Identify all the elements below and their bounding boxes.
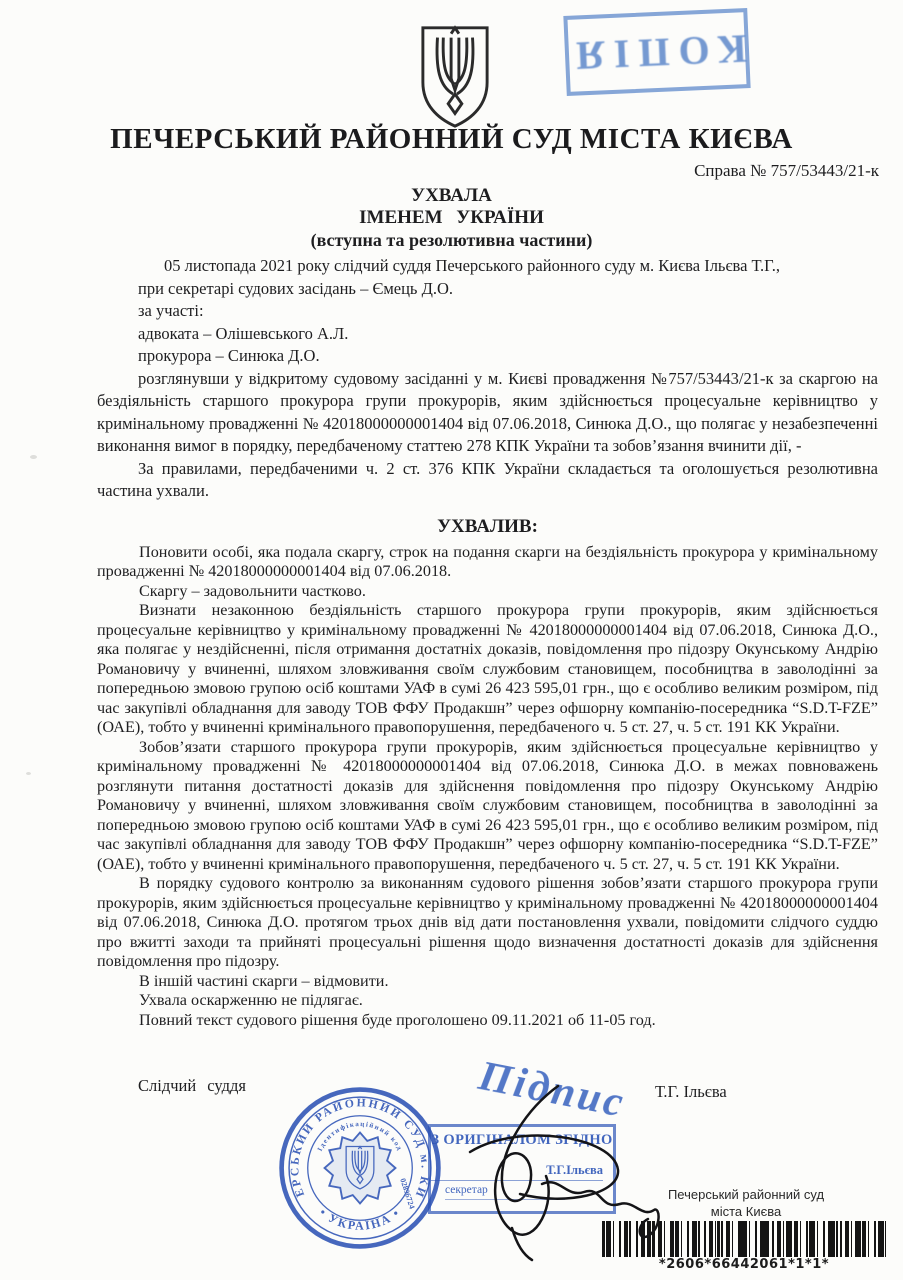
resolution-paragraph: Поновити особі, яка подала скаргу, строк… — [97, 543, 878, 582]
document-body: 05 листопада 2021 року слідчий суддя Печ… — [97, 255, 878, 1030]
resolution-paragraph: Зобов’язати старшого прокурора групи про… — [97, 738, 878, 875]
footer-court-name: Печерський районний суд міста Києва — [640, 1186, 852, 1220]
coat-of-arms-icon — [416, 22, 494, 131]
intro-line-date: 05 листопада 2021 року слідчий суддя Печ… — [138, 255, 878, 278]
resolution-paragraph: В порядку судового контролю за виконання… — [97, 874, 878, 972]
scan-speck — [26, 772, 31, 775]
case-number: Справа № 757/53443/21-к — [0, 161, 879, 181]
svg-text:• УКРАЇНА •: • УКРАЇНА • — [317, 1205, 404, 1232]
judge-label: Слідчий суддя — [138, 1076, 246, 1096]
resolution-paragraph: Визнати незаконною бездіяльність старшог… — [97, 601, 878, 738]
heading-doc-type: УХВАЛА — [0, 185, 903, 207]
footer-court-line2: міста Києва — [640, 1203, 852, 1220]
resolution-paragraph: В іншій частині скарги – відмовити. — [97, 972, 878, 992]
footer-court-line1: Печерський районний суд — [640, 1186, 852, 1203]
intro-line-secretary: при секретарі судових засідань – Ємець Д… — [138, 278, 878, 301]
signature-zone: Слідчий суддя Т.Г. Ільєва З ОРИГІНАЛОМ З… — [0, 1074, 903, 1280]
paragraph-rules: За правилами, передбаченими ч. 2 ст. 376… — [97, 458, 878, 503]
seal-ring-text-bottom: • УКРАЇНА • — [317, 1205, 404, 1232]
copy-stamp-label: КОПІЯ — [566, 25, 748, 80]
heading-in-the-name: ІМЕНЕМ УКРАЇНИ — [0, 207, 903, 229]
handwritten-signature — [408, 1078, 668, 1268]
intro-line-participants: за участі: — [138, 300, 878, 323]
resolved-heading: УХВАЛИВ: — [97, 515, 878, 539]
paragraph-case-review: розглянувши у відкритому судовому засіда… — [97, 368, 878, 458]
resolution-paragraph: Скаргу – задовольнити частково. — [97, 582, 878, 602]
scan-speck — [30, 455, 37, 459]
intro-line-prosecutor: прокурора – Синюка Д.О. — [138, 345, 878, 368]
resolution-paragraph: Ухвала оскарженню не підлягає. — [97, 991, 878, 1011]
court-ruling-scan: КОПІЯ ПЕЧЕРСЬКИЙ РАЙОННИЙ СУД МІСТА КИЄВ… — [0, 0, 903, 1280]
resolution-paragraph: Повний текст судового рішення буде прого… — [97, 1011, 878, 1031]
heading-parts-note: (вступна та резолютивна частини) — [0, 229, 903, 251]
copy-stamp: КОПІЯ — [563, 8, 750, 96]
intro-line-advocate: адвоката – Олішевського А.Л. — [138, 323, 878, 346]
resolution-block: Поновити особі, яка подала скаргу, строк… — [97, 543, 878, 1031]
